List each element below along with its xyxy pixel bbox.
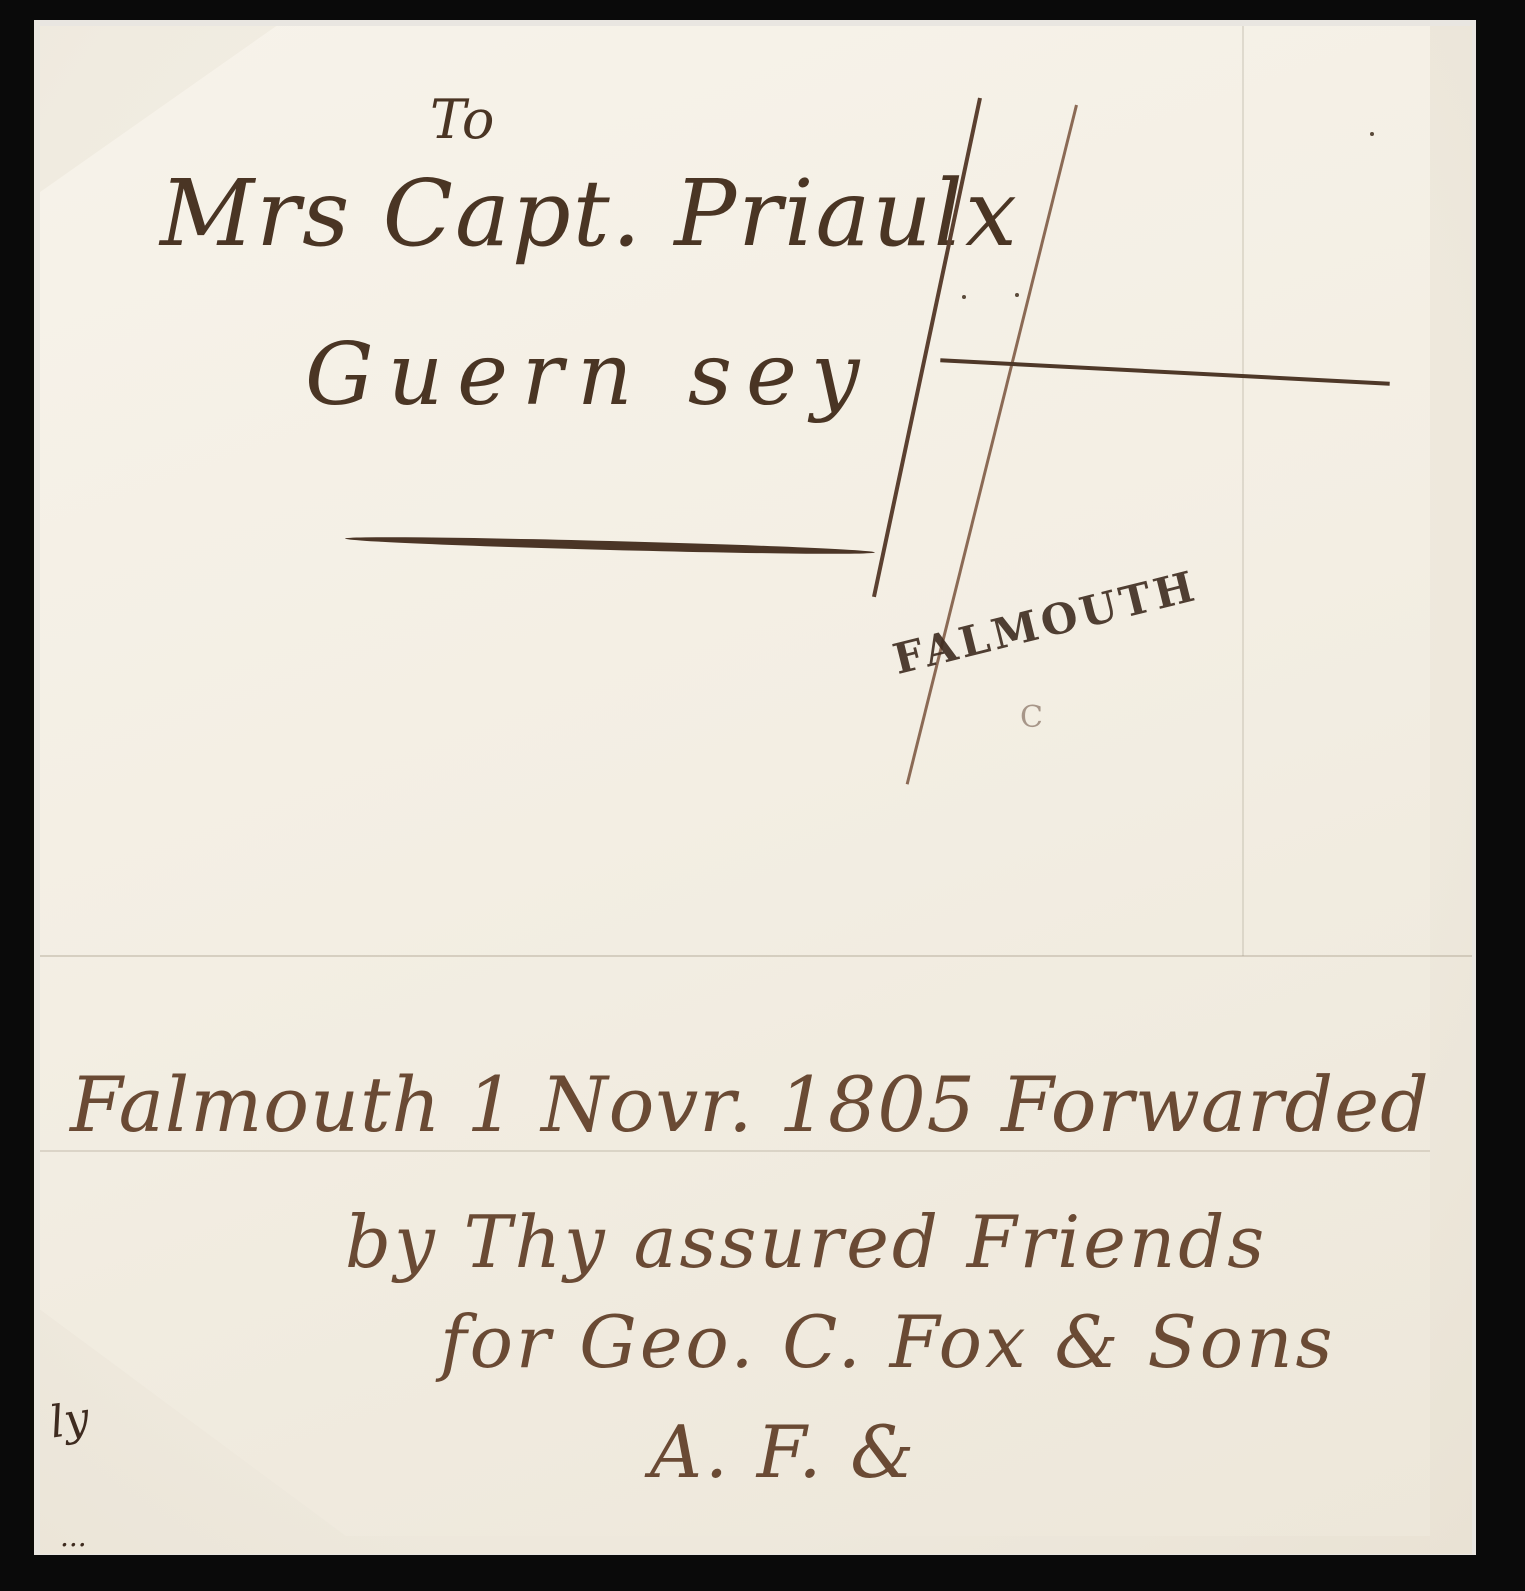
forwarding-line-4: A. F. & bbox=[650, 1410, 917, 1494]
salutation: To bbox=[430, 88, 494, 151]
horizontal-fold-line bbox=[40, 955, 1472, 957]
ink-speck bbox=[1370, 132, 1374, 136]
margin-note-left: ly bbox=[47, 1393, 93, 1449]
forwarding-line-1: Falmouth 1 Novr. 1805 Forwarded bbox=[70, 1060, 1430, 1149]
postmark-sub-mark: C bbox=[1020, 700, 1043, 735]
ink-speck bbox=[1015, 293, 1019, 297]
flap-edge bbox=[40, 1150, 1430, 1152]
forwarding-line-3: for Geo. C. Fox & Sons bbox=[440, 1300, 1335, 1384]
margin-note-bottom: ... bbox=[60, 1520, 87, 1553]
ink-speck bbox=[962, 295, 966, 299]
forwarding-line-2: by Thy assured Friends bbox=[345, 1200, 1267, 1284]
vertical-fold-line bbox=[1242, 26, 1244, 956]
addressee-name: Mrs Capt. Priaulx bbox=[160, 160, 1019, 267]
destination-place: Guern sey bbox=[305, 325, 873, 425]
